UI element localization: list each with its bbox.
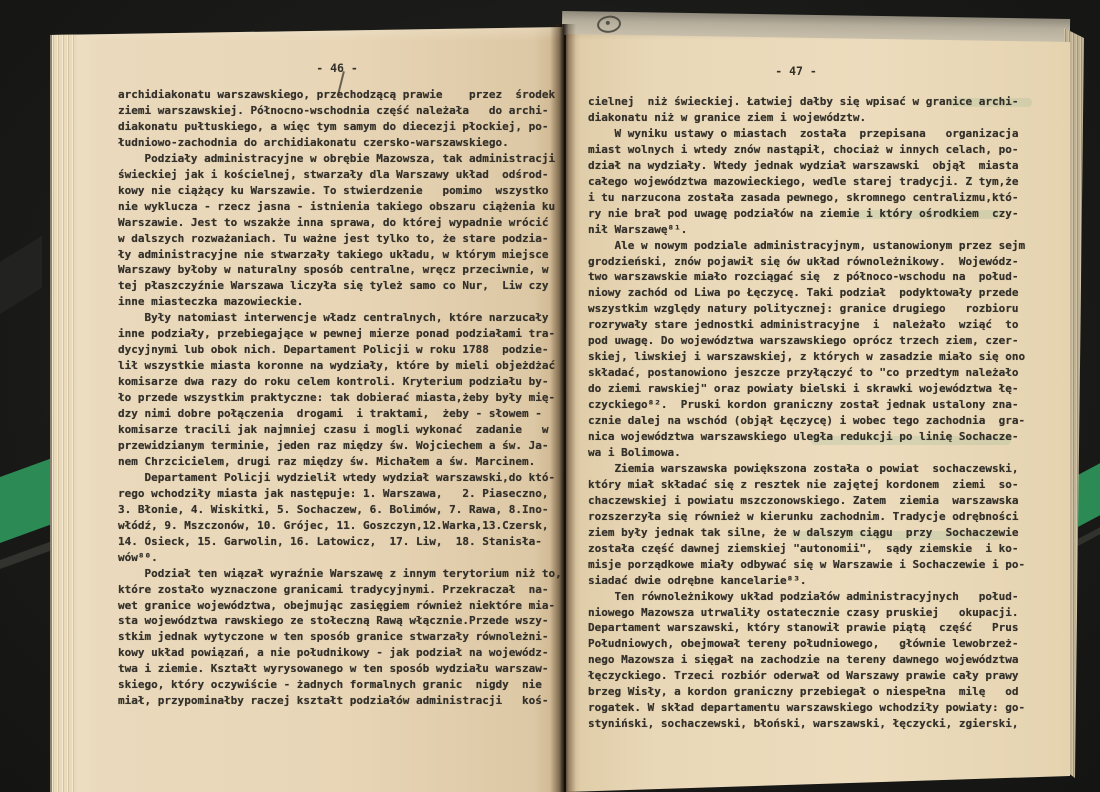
text-line: nił Warszawę⁸¹. <box>588 222 1033 238</box>
left-page-text: archidiakonatu warszawskiego, przechodzą… <box>118 87 563 709</box>
text-line: chaczewskiej i powiatu mszczonowskiego. … <box>588 493 1033 509</box>
text-line: Departament Policji wydzielił wtedy wydz… <box>118 470 563 486</box>
dark-stripe-upper-left <box>0 236 42 314</box>
text-line: cznie dalej na wschód (objął Łęczycę) i … <box>588 413 1033 429</box>
text-line: grodzieński, znów pojawił się ów układ r… <box>588 254 1033 270</box>
text-line: wa i Bolimowa. <box>588 445 1033 461</box>
text-line: nica województwa warszawskiego uległa re… <box>588 429 1033 445</box>
text-line: siadać dwie odrębne kancelarie⁸³. <box>588 573 1033 589</box>
text-line: rego wchodziły miasta jak następuje: 1. … <box>118 486 563 502</box>
stamp-mark <box>596 14 622 34</box>
text-line: przewidzianym terminie, jeden raz między… <box>118 438 563 454</box>
text-line: W wyniku ustawy o miastach została przep… <box>588 126 1033 142</box>
text-line: pod uwagę. Do województwa warszawskiego … <box>588 333 1033 349</box>
text-line: brzeg Wisły, a kordon graniczny przebieg… <box>588 684 1033 700</box>
left-page: - 46 - archidiakonatu warszawskiego, prz… <box>50 27 564 792</box>
text-line: dział na wydziały. Wtedy jednak wydział … <box>588 158 1033 174</box>
text-line: ły administracyjne nie stwarzały takiego… <box>118 247 563 263</box>
text-line: które zostało wyznaczone granicami trady… <box>118 582 563 598</box>
text-line: Departament warszawski, który stanowił p… <box>588 620 1033 636</box>
text-line: i tu narzucona została zasada pewnego, s… <box>588 190 1033 206</box>
right-page-text: cielnej niż świeckiej. Łatwiej dałby się… <box>588 94 1033 732</box>
text-line: niowego Mazowsza utrwaliły ostatecznie c… <box>588 605 1033 621</box>
text-line: kowy układ powiązań, a nie południkowy -… <box>118 645 563 661</box>
text-line: nem Chrzcicielem, drugi raz między św. M… <box>118 454 563 470</box>
text-line: Podział ten wiązał wyraźnie Warszawę z i… <box>118 566 563 582</box>
text-line: stkim jednak wytyczone w ten sposób gran… <box>118 629 563 645</box>
text-line: dycyjnymi lub obok nich. Departament Pol… <box>118 342 563 358</box>
text-line: wszystkim względy natury politycznej: gr… <box>588 301 1033 317</box>
text-line: do ziemi rawskiej" oraz powiaty bielski … <box>588 381 1033 397</box>
text-line: czyckiego⁸². Pruski kordon graniczny zos… <box>588 397 1033 413</box>
text-line: cielnej niż świeckiej. Łatwiej dałby się… <box>588 94 1033 110</box>
text-line: wów⁸⁰. <box>118 550 563 566</box>
text-line: całego województwa mazowieckiego, wedle … <box>588 174 1033 190</box>
text-line: wet granice województwa, obejmując zasię… <box>118 598 563 614</box>
text-line: Warszawie. Jest to wszakże inna sprawa, … <box>118 215 563 231</box>
text-line: 14. Osieck, 15. Garwolin, 16. Latowicz, … <box>118 534 563 550</box>
text-line: nie wyklucza - rzecz jasna - istnienia t… <box>118 199 563 215</box>
text-line: Warszawy byłoby w naturalny sposób centr… <box>118 262 563 278</box>
text-line: została część dawnej ziemskiej "autonomi… <box>588 541 1033 557</box>
text-line: który miał składać się z resztek nie zaj… <box>588 477 1033 493</box>
text-line: dzy nimi dobre połączenia drogami i trak… <box>118 406 563 422</box>
text-line: komisarze dwa razy do roku celem kontrol… <box>118 374 563 390</box>
text-line: ry nie brał pod uwagę podziałów na ziemi… <box>588 206 1033 222</box>
text-line: Ale w nowym podziale administracyjnym, u… <box>588 238 1033 254</box>
text-line: Południowych, obejmował tereny południow… <box>588 636 1033 652</box>
text-line: świeckiej jak i kościelnej, stwarzały dl… <box>118 167 563 183</box>
text-line: nego Mazowsza i sięgał na zachodzie na t… <box>588 652 1033 668</box>
green-stripe-right <box>1076 463 1100 528</box>
text-line: rozszerzyła się również w kierunku zacho… <box>588 509 1033 525</box>
dark-stripe-right <box>1076 527 1100 547</box>
text-line: włódź, 9. Mszczonów, 10. Grójec, 11. Gos… <box>118 518 563 534</box>
text-line: łudniowo-zachodnia do archidiakonatu cze… <box>118 135 563 151</box>
text-line: rozrywały stare jednostki administracyjn… <box>588 317 1033 333</box>
text-line: komisarze tracili jak najmniej czasu i m… <box>118 422 563 438</box>
text-line: składać, postanowiono jeszcze przyłączyć… <box>588 365 1033 381</box>
text-line: two warszawskie miało rozciągać się z pó… <box>588 269 1033 285</box>
text-line: łęczyckiego. Trzeci rozbiór oderwał od W… <box>588 668 1033 684</box>
book-gutter-shadow <box>550 24 576 792</box>
text-line: w dalszych rozważaniach. Tu ważne jest t… <box>118 231 563 247</box>
book-scan: - 46 - archidiakonatu warszawskiego, prz… <box>0 0 1100 792</box>
text-line: lił wszystkie miasta koronne na wydziały… <box>118 358 563 374</box>
text-line: ziem były jednak tak silne, że w dalszym… <box>588 525 1033 541</box>
text-line: Ten równoleżnikowy układ podziałów admin… <box>588 589 1033 605</box>
text-line: miast wolnych i wtedy znów nastąpił, cho… <box>588 142 1033 158</box>
text-line: skiej, liwskiej i warszawskiej, z któryc… <box>588 349 1033 365</box>
text-line: kowy nie ciążący ku Warszawie. To stwier… <box>118 183 563 199</box>
page-number-right: - 47 - <box>746 64 846 78</box>
text-line: 3. Błonie, 4. Wiskitki, 5. Sochaczew, 6.… <box>118 502 563 518</box>
text-line: styniński, sochaczewski, błoński, warsza… <box>588 716 1033 732</box>
page-number-left: - 46 - <box>287 61 387 75</box>
text-line: miał, przypominałby raczej kształt podzi… <box>118 693 563 709</box>
text-line: inne miasteczka mazowieckie. <box>118 294 563 310</box>
text-line: diakonatu niż w granice ziem i województ… <box>588 110 1033 126</box>
text-line: misje porządkowe miały odbywać się w War… <box>588 557 1033 573</box>
text-line: rogatek. W skład departamentu warszawski… <box>588 700 1033 716</box>
green-stripe-left <box>0 457 56 543</box>
right-page: - 47 - cielnej niż świeckiej. Łatwiej da… <box>566 24 1070 792</box>
text-line: twa i ziemie. Kształt wyrysowanego w ten… <box>118 661 563 677</box>
text-line: diakonatu pułtuskiego, a więc tym samym … <box>118 119 563 135</box>
text-line: sta województwa rawskiego ze stołeczną R… <box>118 613 563 629</box>
text-line: inne podziały, przebiegające w pewnej mi… <box>118 326 563 342</box>
text-line: Były natomiast interwencje władz central… <box>118 310 563 326</box>
dark-stripe-left <box>0 541 52 569</box>
text-line: tej płaszczyźnie Warszawa liczyła się ty… <box>118 278 563 294</box>
text-line: niowy zachód od Liwa po Łęczycę. Taki po… <box>588 285 1033 301</box>
text-line: Ziemia warszawska powiększona została o … <box>588 461 1033 477</box>
text-line: archidiakonatu warszawskiego, przechodzą… <box>118 87 563 103</box>
page-edges-left <box>50 27 77 792</box>
text-line: ziemi warszawskiej. Północno-wschodnia c… <box>118 103 563 119</box>
text-line: ło przede wszystkim praktyczne: tak dobi… <box>118 390 563 406</box>
text-line: skiego, który oczywiście - żadnych forma… <box>118 677 563 693</box>
text-line: Podziały administracyjne w obrębie Mazow… <box>118 151 563 167</box>
